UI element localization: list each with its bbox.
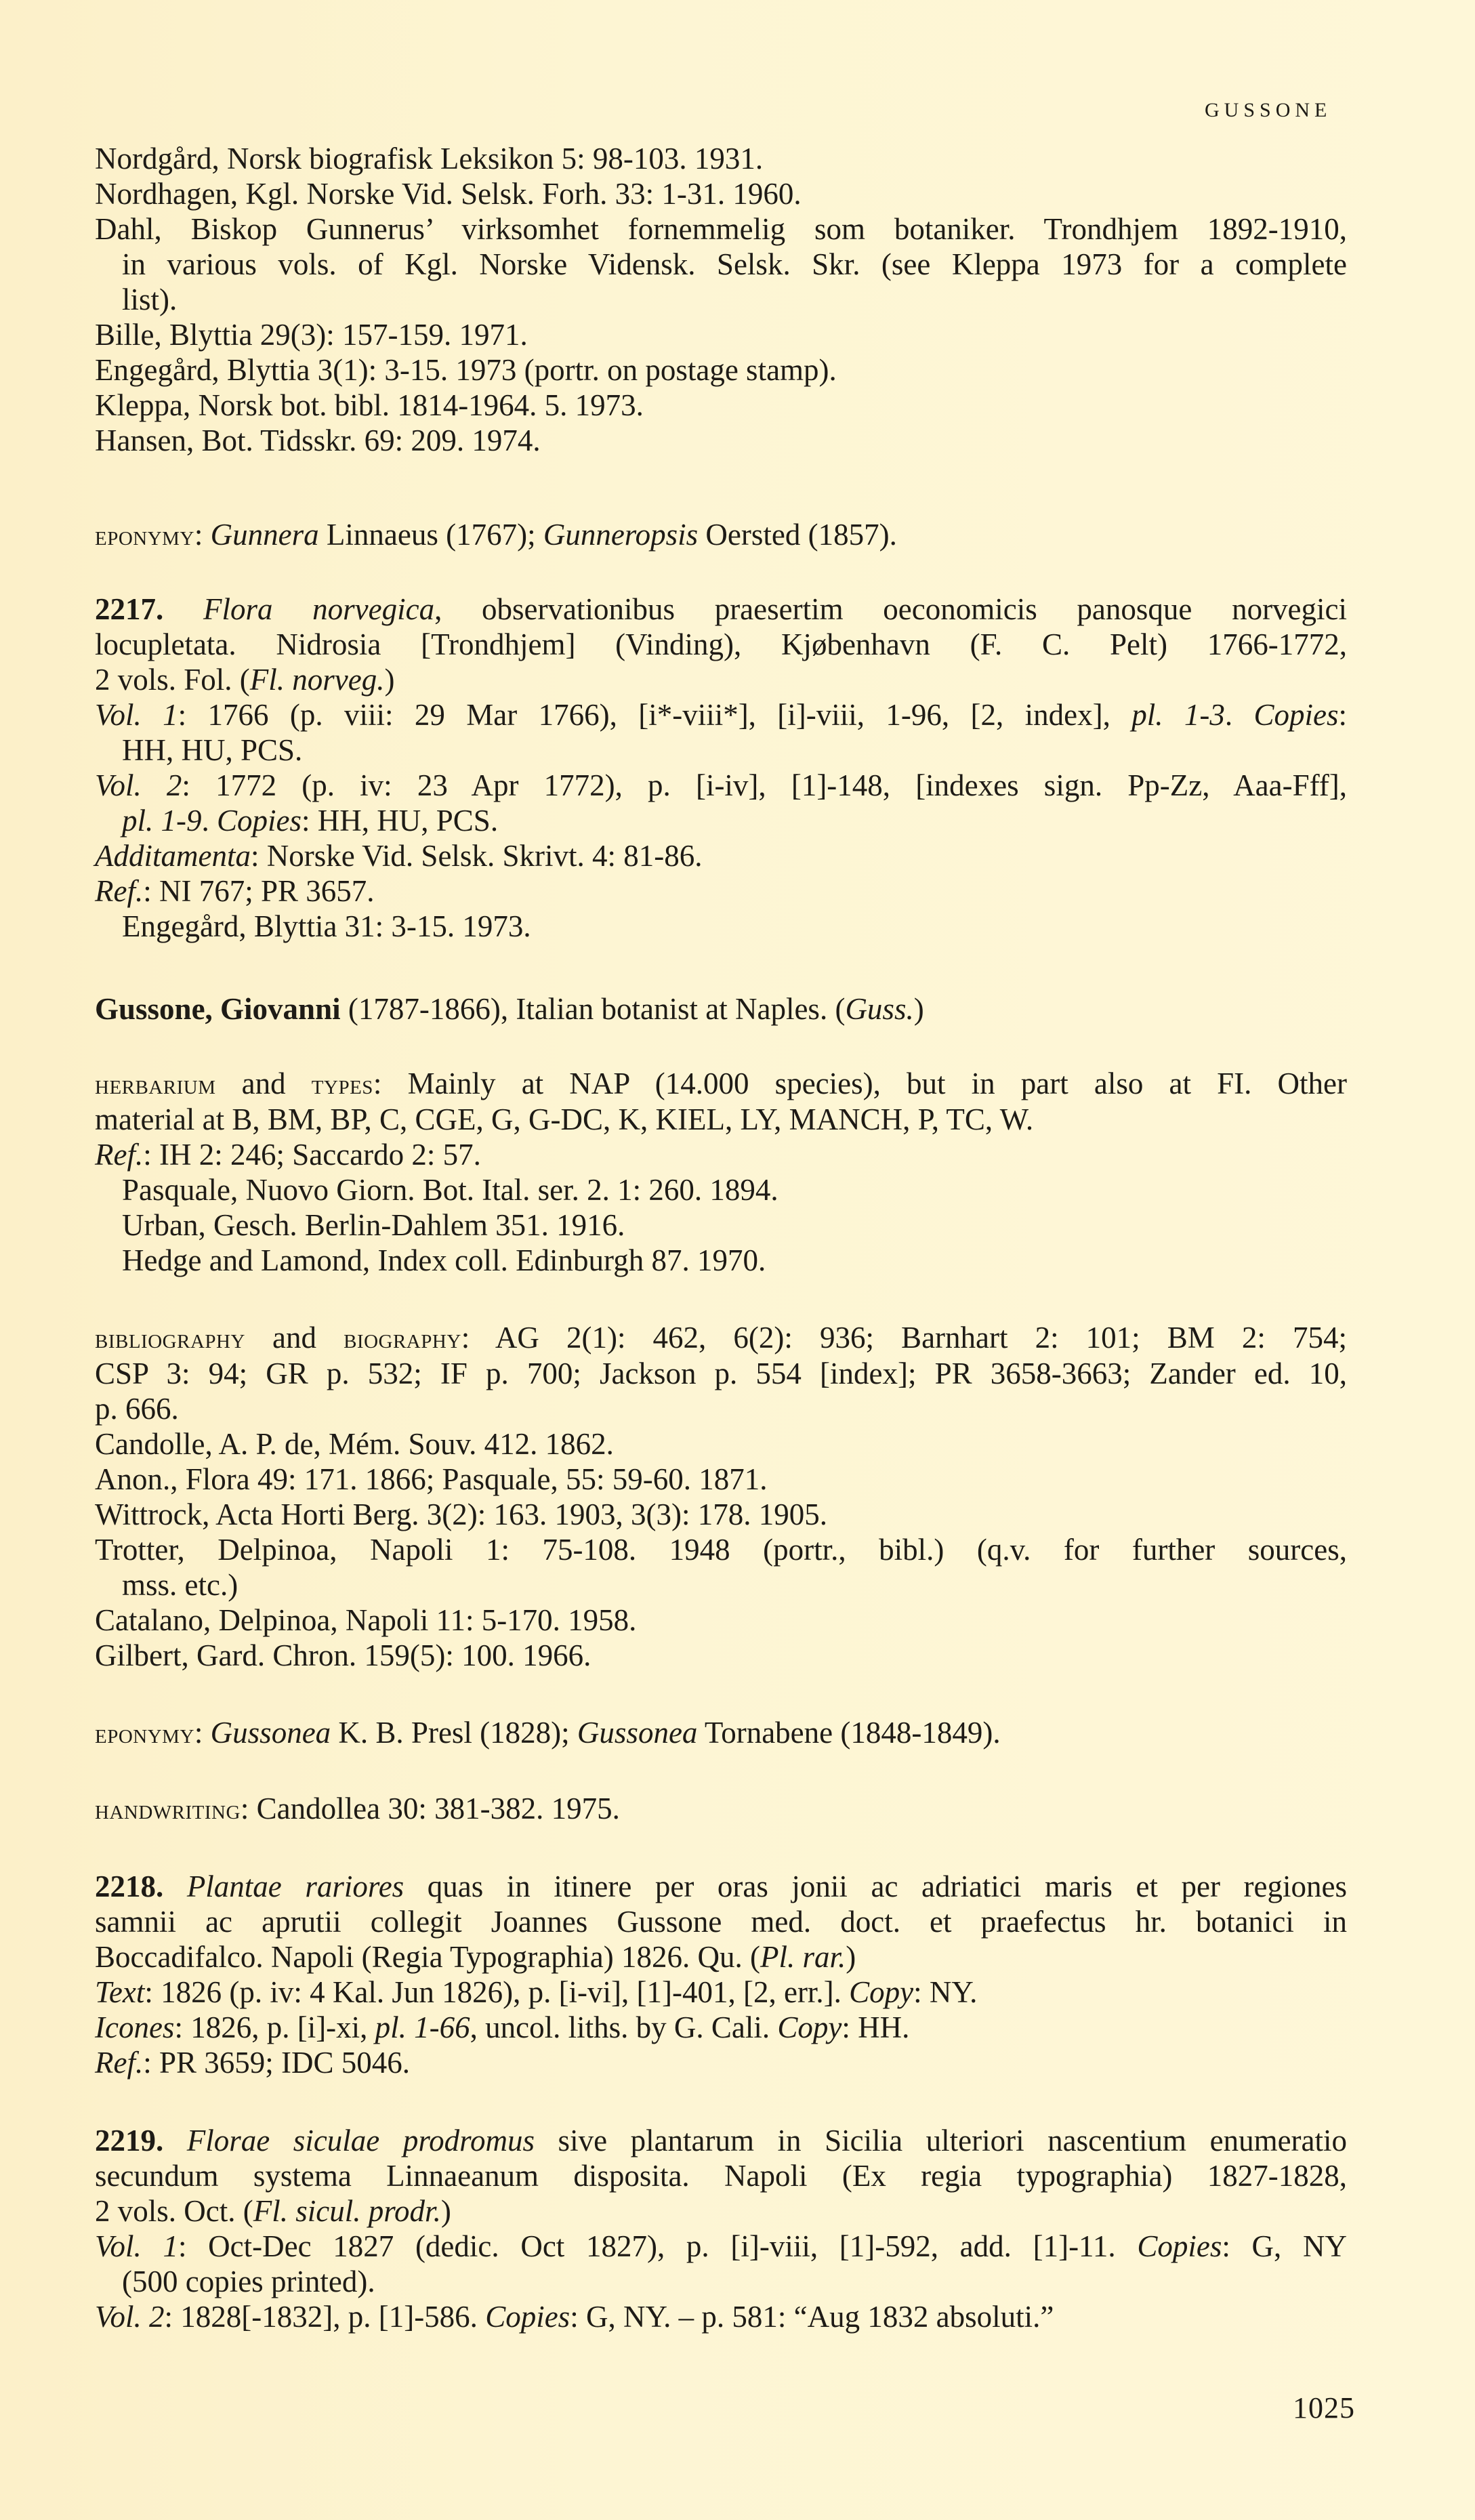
copies-label: Copies [485,2300,570,2334]
gussone-eponymy: eponymy: Gussonea K. B. Presl (1828); Gu… [95,1715,1347,1751]
reference-line: Hansen, Bot. Tidsskr. 69: 209. 1974. [95,423,1347,458]
ref-label: Ref. [95,1138,143,1172]
gunnerus-eponymy: eponymy: Gunnera Linnaeus (1767); Gunner… [95,517,1347,553]
genus-name: Gussonea [577,1716,698,1750]
reference-line: Candolle, A. P. de, Mém. Souv. 412. 1862… [95,1426,1347,1462]
biography-label: biography [344,1323,461,1354]
handwriting-label: handwriting [95,1794,241,1825]
reference-line: Gilbert, Gard. Chron. 159(5): 100. 1966. [95,1638,1347,1673]
reference-line: in various vols. of Kgl. Norske Vidensk.… [95,247,1347,282]
author-abbreviation: Guss. [845,992,913,1026]
handwriting-section: handwriting: Candollea 30: 381-382. 1975… [95,1791,1347,1827]
copy-label: Copy [777,2010,842,2044]
reference-line: Trotter, Delpinoa, Napoli 1: 75-108. 194… [95,1532,1347,1567]
eponymy-label: eponymy [95,520,194,551]
icones-label: Icones [95,2010,174,2044]
title-abbreviation: Pl. rar. [760,1940,846,1974]
reference-line: Kleppa, Norsk bot. bibl. 1814-1964. 5. 1… [95,388,1347,423]
running-head: GUSSONE [1205,99,1331,122]
reference-line: Catalano, Delpinoa, Napoli 11: 5-170. 19… [95,1603,1347,1638]
title-abbreviation: Fl. norveg. [250,663,385,697]
copies-value: HH, HU, PCS. [95,732,1347,768]
entry-title: Flora norvegica [203,592,434,626]
copy-label: Copy [849,1975,913,2009]
reference-line: Nordhagen, Kgl. Norske Vid. Selsk. Forh.… [95,176,1347,211]
volume-label: Vol. 1 [95,698,178,732]
title-abbreviation: Fl. sicul. prodr. [253,2194,441,2228]
reference-line: Nordgård, Norsk biografisk Leksikon 5: 9… [95,141,1347,176]
herbarium-section: herbarium and types: Mainly at NAP (14.0… [95,1066,1347,1278]
genus-name: Gunnera [211,518,319,552]
reference-line: Engegård, Blyttia 3(1): 3-15. 1973 (port… [95,352,1347,388]
text-label: Text [95,1975,144,2009]
bibliography-section: bibliography and biography: AG 2(1): 462… [95,1320,1347,1673]
reference-line: Engegård, Blyttia 31: 3-15. 1973. [95,909,1347,944]
reference-line: Wittrock, Acta Horti Berg. 3(2): 163. 19… [95,1497,1347,1532]
genus-name: Gussonea [211,1716,331,1750]
copies-label: Copies [217,804,302,838]
copies-label: Copies [1253,698,1338,732]
volume-label: Vol. 2 [95,2300,165,2334]
genus-name: Gunneropsis [543,518,698,552]
reference-line: Dahl, Biskop Gunnerus’ virksomhet fornem… [95,211,1347,247]
entry-2219: 2219. Florae siculae prodromus sive plan… [95,2123,1347,2334]
entry-number: 2219. [95,2124,163,2157]
ref-label: Ref. [95,2046,143,2080]
reference-line: list). [95,282,1347,317]
herbarium-label: herbarium [95,1069,216,1100]
author-name: Gussone, Giovanni [95,992,341,1026]
entry-number: 2218. [95,1870,163,1903]
reference-line: Hedge and Lamond, Index coll. Edinburgh … [95,1243,1347,1278]
author-heading: Gussone, Giovanni (1787-1866), Italian b… [95,991,1347,1027]
entry-number: 2217. [95,592,163,626]
page-number: 1025 [1293,2391,1355,2425]
reference-line: mss. etc.) [95,1567,1347,1603]
entry-2218: 2218. Plantae rariores quas in itinere p… [95,1869,1347,2080]
eponymy-label: eponymy [95,1718,194,1749]
ref-label: Ref. [95,874,143,908]
reference-line: Pasquale, Nuovo Giorn. Bot. Ital. ser. 2… [95,1172,1347,1207]
volume-label: Vol. 1 [95,2229,178,2263]
gunnerus-references: Nordgård, Norsk biografisk Leksikon 5: 9… [95,141,1347,458]
copies-label: Copies [1137,2229,1222,2263]
entry-title: Plantae rariores [187,1870,404,1903]
reference-line: Anon., Flora 49: 171. 1866; Pasquale, 55… [95,1462,1347,1497]
reference-line: Bille, Blyttia 29(3): 157-159. 1971. [95,317,1347,352]
types-label: types [312,1069,373,1100]
additamenta-label: Additamenta [95,839,251,873]
entry-2217: 2217. Flora norvegica, observationibus p… [95,592,1347,944]
volume-label: Vol. 2 [95,768,182,802]
entry-title: Florae siculae prodromus [187,2124,535,2157]
reference-line: Urban, Gesch. Berlin-Dahlem 351. 1916. [95,1207,1347,1243]
bibliography-label: bibliography [95,1323,245,1354]
